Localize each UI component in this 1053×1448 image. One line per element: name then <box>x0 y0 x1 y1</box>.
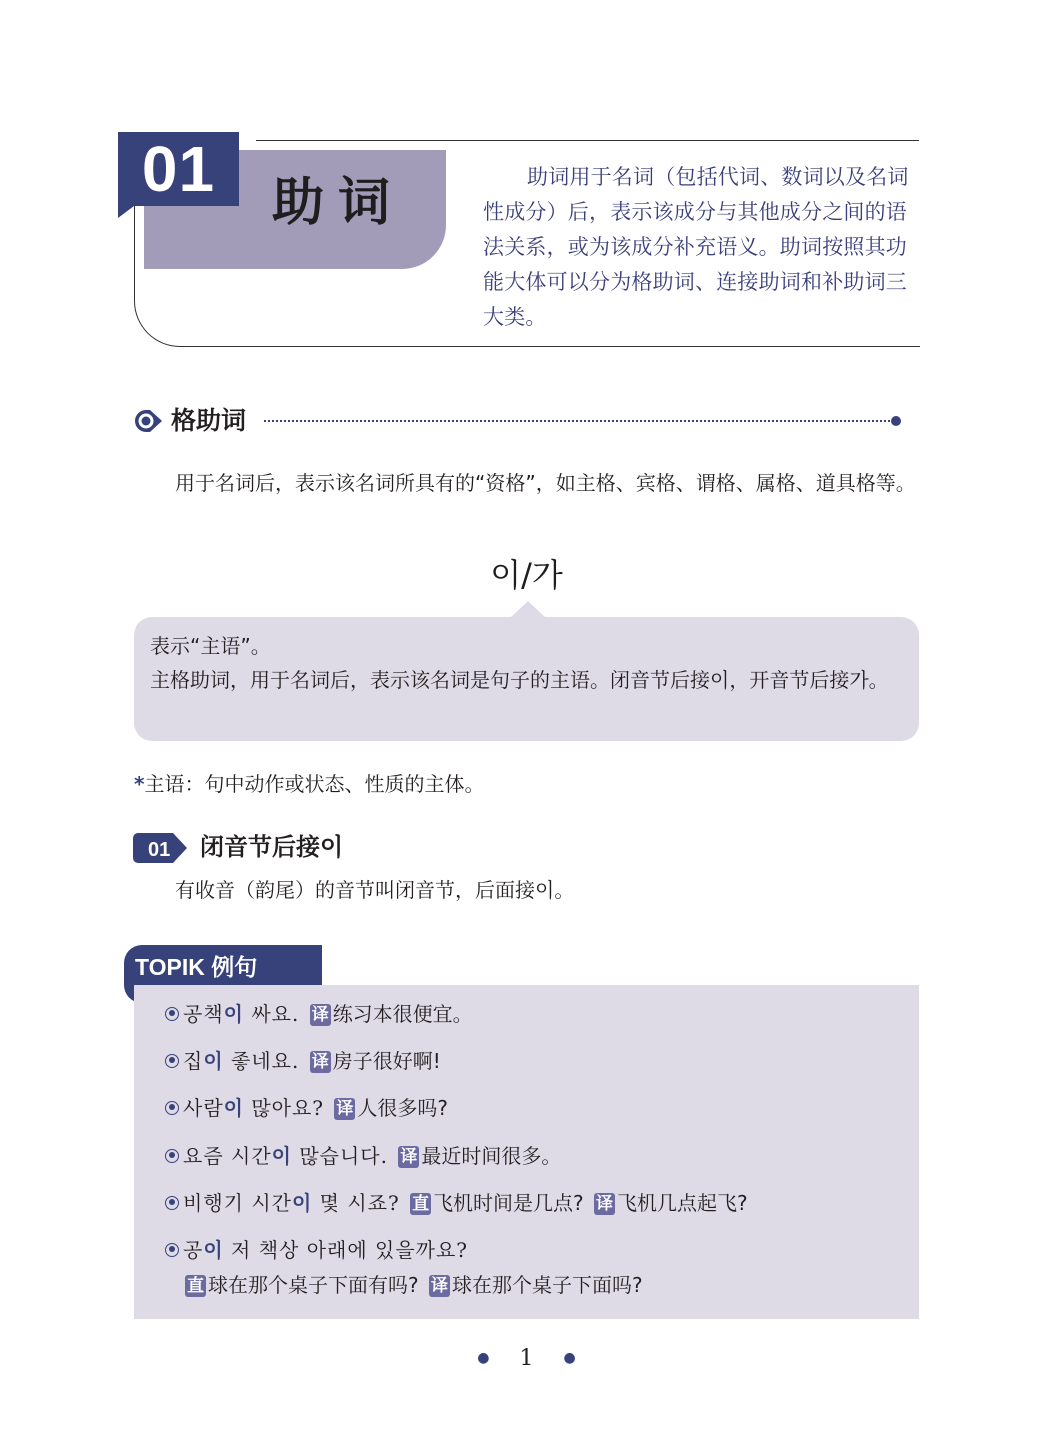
footnote: *主语：句中动作或状态、性质的主体。 <box>134 768 484 800</box>
section-dotted-rule <box>264 420 894 422</box>
footer-dot: ● <box>564 1350 576 1366</box>
example-item-translation: 直球在那个桌子下面有吗? 译球在那个桌子下面吗? <box>185 1270 643 1300</box>
target-arrow-icon <box>133 408 163 434</box>
example-item: 사람이 많아요? 译人很多吗? <box>165 1093 448 1123</box>
literal-tag: 直 <box>185 1275 206 1297</box>
translation-tag: 译 <box>398 1146 419 1168</box>
topik-label: TOPIK 例句 <box>135 950 257 984</box>
chapter-number: 01 <box>118 132 239 206</box>
page-number: 1 <box>520 1346 534 1371</box>
subsection-description: 有收音（韵尾）的音节叫闭音节，后面接이。 <box>175 875 574 906</box>
bullet-icon <box>165 1007 179 1021</box>
definition-text: 表示“主语”。 主格助词，用于名词后，表示该名词是句子的主语。闭音节后接이，开音… <box>150 629 910 697</box>
literal-tag: 直 <box>410 1193 431 1215</box>
example-item: 집이 좋네요. 译房子很好啊! <box>165 1046 441 1076</box>
subsection-title: 闭音节后接이 <box>200 830 343 864</box>
bullet-icon <box>165 1054 179 1068</box>
page-footer: ●1● <box>0 1342 1053 1375</box>
section-intro: 用于名词后，表示该名词所具有的“资格”，如主格、宾格、谓格、属格、道具格等。 <box>134 468 922 499</box>
section-rule-endpoint <box>891 416 901 426</box>
bubble-pointer <box>510 601 546 618</box>
particle-title: 이/가 <box>0 552 1053 598</box>
translation-tag: 译 <box>429 1275 450 1297</box>
bullet-icon <box>165 1149 179 1163</box>
footnote-text: 主语：句中动作或状态、性质的主体。 <box>144 772 484 796</box>
svg-text:01: 01 <box>148 839 170 861</box>
footnote-star: * <box>134 772 144 796</box>
example-item: 요즘 시간이 많습니다. 译最近时间很多。 <box>165 1141 561 1171</box>
section-title: 格助词 <box>171 404 246 438</box>
translation-tag: 译 <box>310 1051 331 1073</box>
definition-line-2: 主格助词，用于名词后，表示该名词是句子的主语。闭音节后接이，开音节后接가。 <box>150 664 910 697</box>
translation-tag: 译 <box>334 1098 355 1120</box>
header-rule <box>256 140 919 141</box>
bullet-icon <box>165 1243 179 1257</box>
example-item: 비행기 시간이 몇 시죠? 直飞机时间是几点? 译飞机几点起飞? <box>165 1188 748 1218</box>
translation-tag: 译 <box>310 1004 331 1026</box>
translation-tag: 译 <box>594 1193 615 1215</box>
example-item: 공이 저 책상 아래에 있을까요? <box>165 1235 468 1265</box>
definition-line-1: 表示“主语”。 <box>150 629 910 664</box>
example-item: 공책이 싸요. 译练习本很便宜。 <box>165 999 473 1029</box>
bullet-icon <box>165 1101 179 1115</box>
footer-dot: ● <box>477 1350 489 1366</box>
subsection-badge: 01 <box>133 833 187 863</box>
chapter-title: 助词 <box>272 168 404 238</box>
chapter-number-tail <box>118 206 134 218</box>
bullet-icon <box>165 1196 179 1210</box>
chapter-description: 助词用于名词（包括代词、数词以及名词性成分）后，表示该成分与其他成分之间的语法关… <box>483 160 923 335</box>
